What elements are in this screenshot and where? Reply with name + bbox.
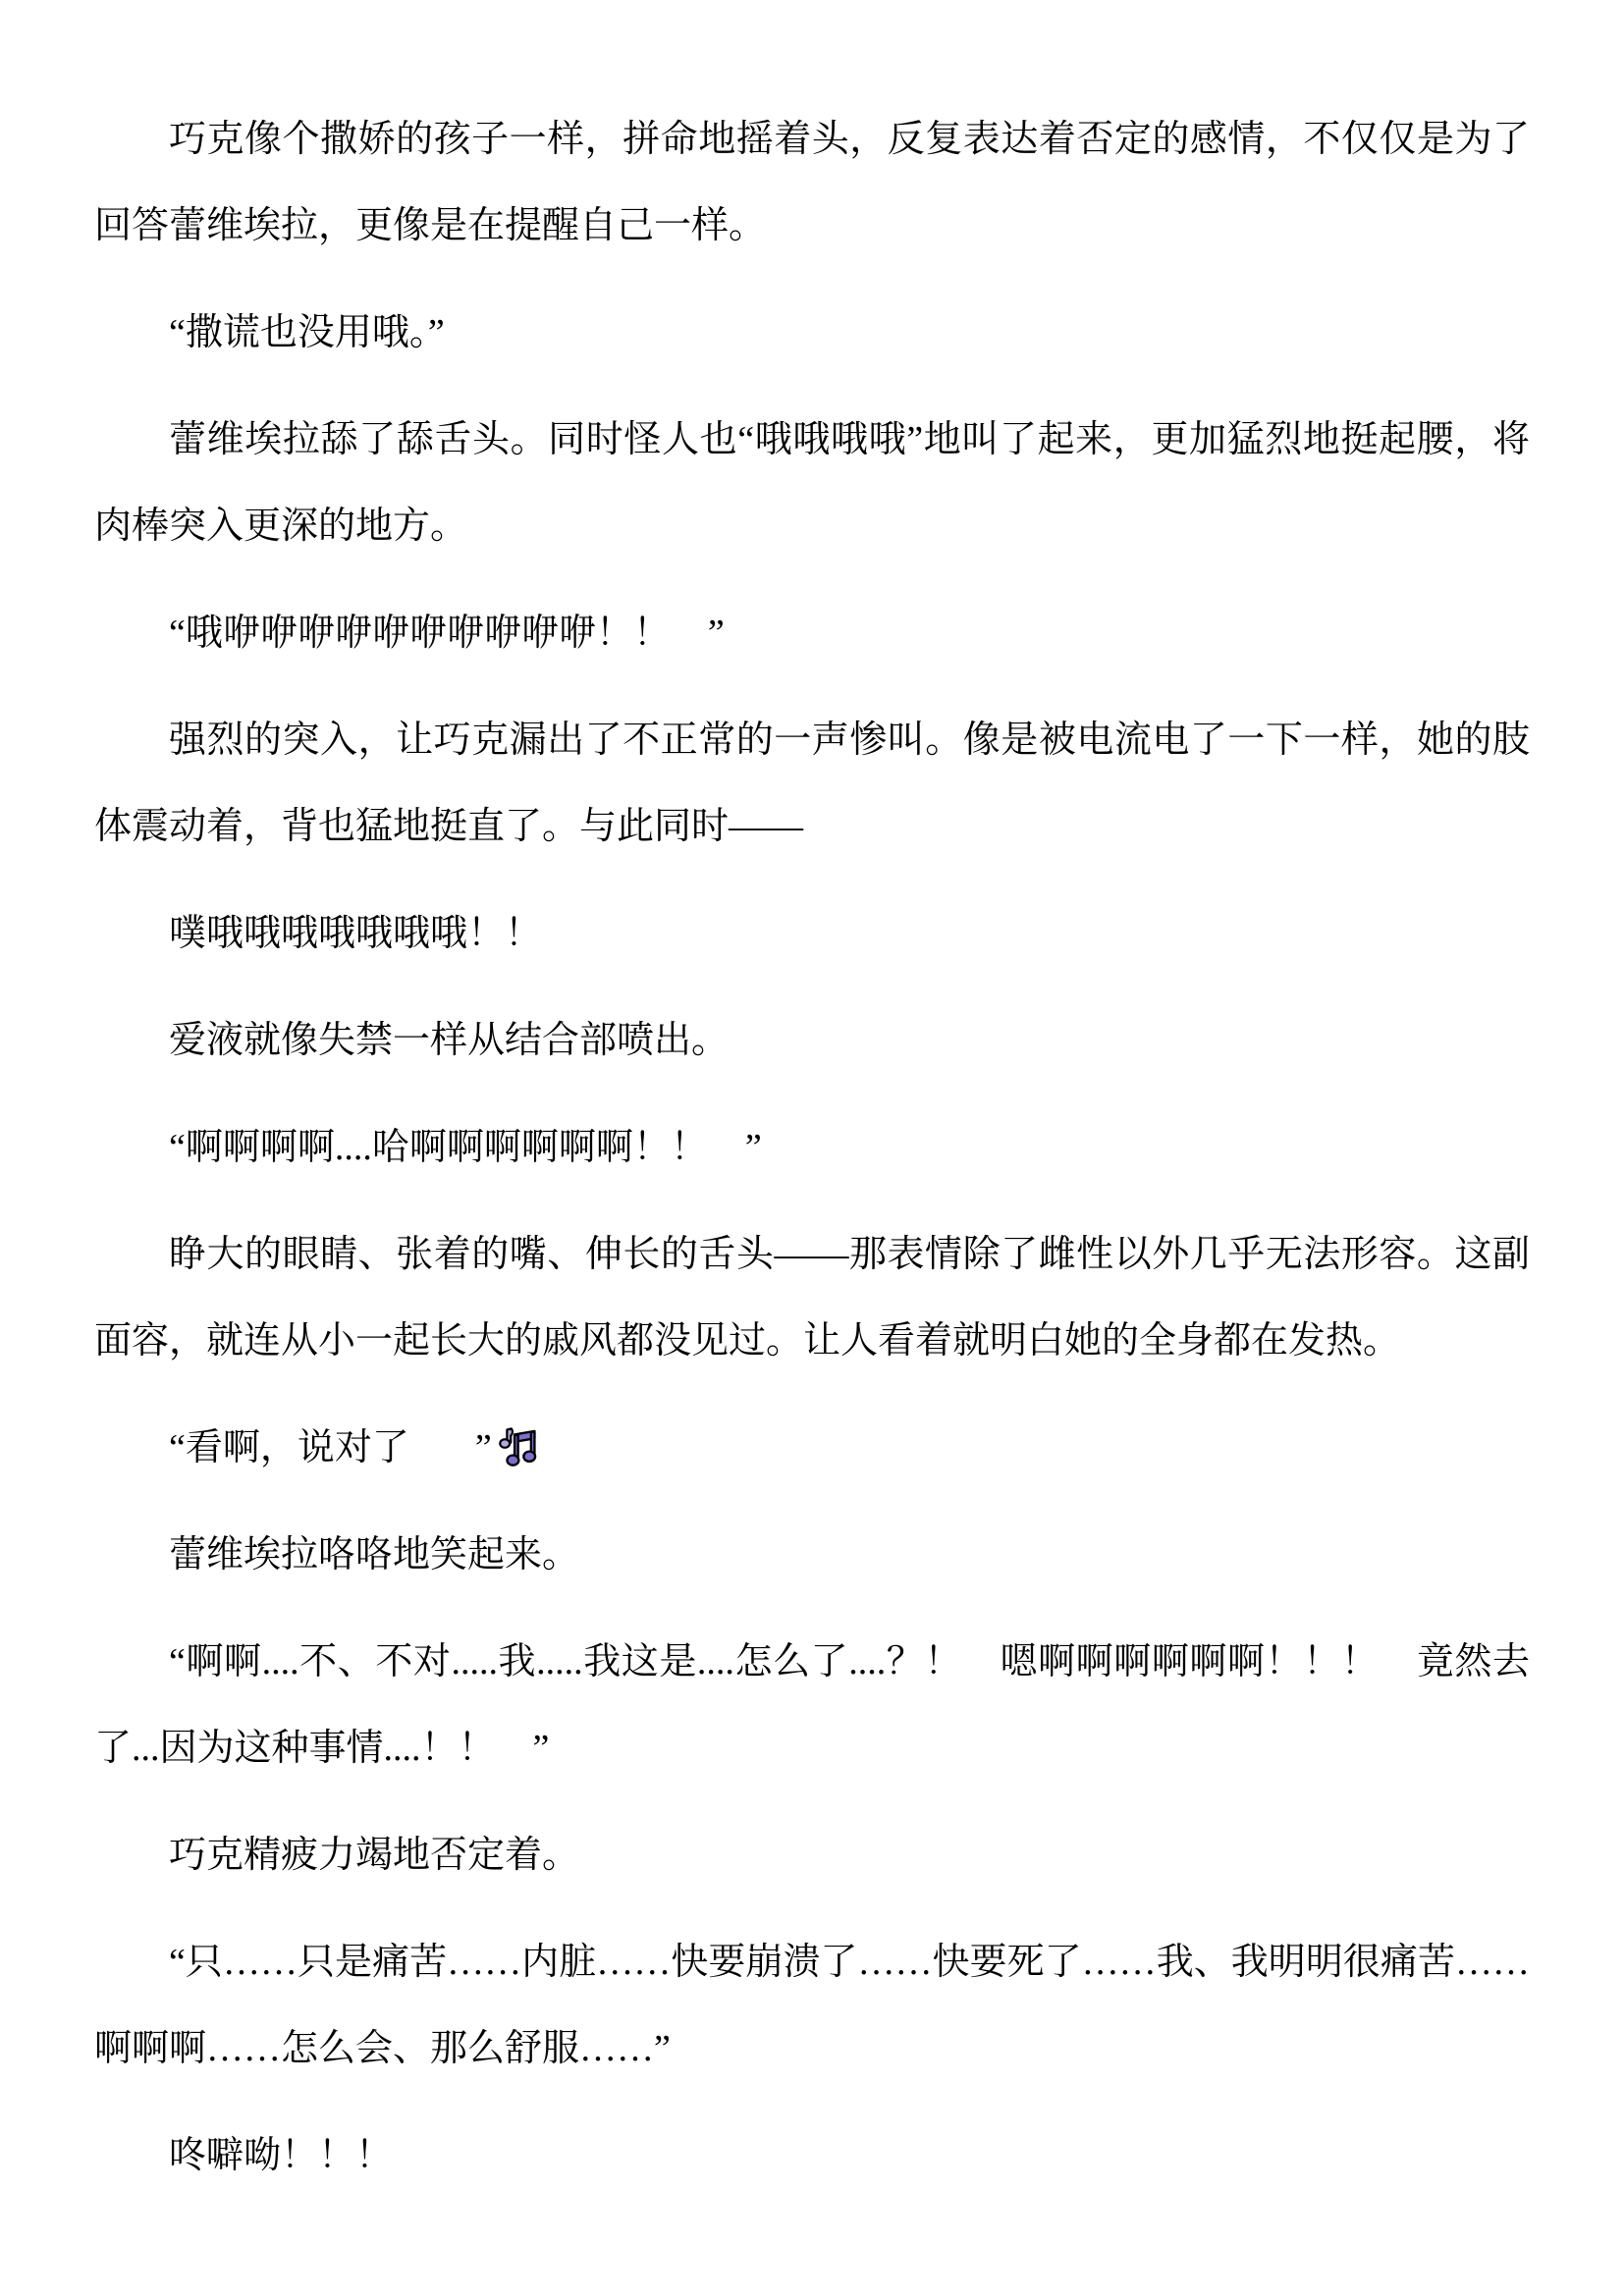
paragraph: “撒谎也没用哦。” [94, 290, 1530, 376]
paragraph: “哦咿咿咿咿咿咿咿咿咿咿！！ ” [94, 590, 1530, 676]
music-notes-icon [420, 1414, 463, 1459]
paragraph: 睁大的眼睛、张着的嘴、伸长的舌头——那表情除了雌性以外几乎无法形容。这副面容，就… [94, 1211, 1530, 1384]
paragraph: “啊啊....不、不对.....我.....我这是....怎么了....？！ 嗯… [94, 1619, 1530, 1791]
paragraph: 强烈的突入，让巧克漏出了不正常的一声惨叫。像是被电流电了一下一样，她的肢体震动着… [94, 697, 1530, 870]
paragraph: 巧克精疲力竭地否定着。 [94, 1812, 1530, 1898]
paragraph: 蕾维埃拉咯咯地笑起来。 [94, 1512, 1530, 1598]
paragraph: 咚噼呦！！！ [94, 2112, 1530, 2199]
document-page: 巧克像个撒娇的孩子一样，拼命地摇着头，反复表达着否定的感情，不仅仅是为了回答蕾维… [0, 0, 1624, 2296]
paragraph: 噗哦哦哦哦哦哦哦！！ [94, 890, 1530, 977]
paragraph: “看啊，说对了 ” [94, 1405, 1530, 1491]
quote-text-after-icon: ” [475, 1427, 492, 1468]
paragraph: “啊啊啊啊....哈啊啊啊啊啊啊！！ ” [94, 1104, 1530, 1191]
quote-text-before-icon: “看啊，说对了 [169, 1427, 409, 1468]
paragraph: 蕾维埃拉舔了舔舌头。同时怪人也“哦哦哦哦”地叫了起来，更加猛烈地挺起腰，将肉棒突… [94, 397, 1530, 569]
text-content: 巧克像个撒娇的孩子一样，拼命地摇着头，反复表达着否定的感情，不仅仅是为了回答蕾维… [94, 96, 1530, 2199]
paragraph: 巧克像个撒娇的孩子一样，拼命地摇着头，反复表达着否定的感情，不仅仅是为了回答蕾维… [94, 96, 1530, 269]
paragraph: “只……只是痛苦……内脏……快要崩溃了……快要死了……我、我明明很痛苦……啊啊啊… [94, 1919, 1530, 2092]
paragraph: 爱液就像失禁一样从结合部喷出。 [94, 997, 1530, 1084]
